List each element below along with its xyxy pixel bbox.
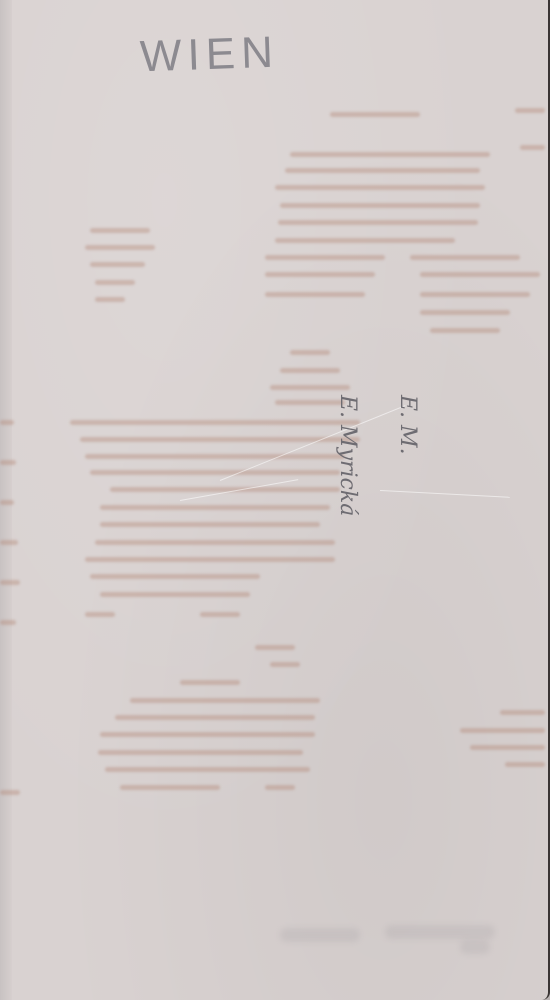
pencil-label-wien: WIEN	[139, 28, 280, 83]
pencil-inscription-name: E. Myrická	[335, 395, 360, 516]
pencil-inscription-initials: E. M.	[395, 395, 420, 455]
card-back: WIEN E. M. E. Myrická	[0, 0, 550, 1000]
